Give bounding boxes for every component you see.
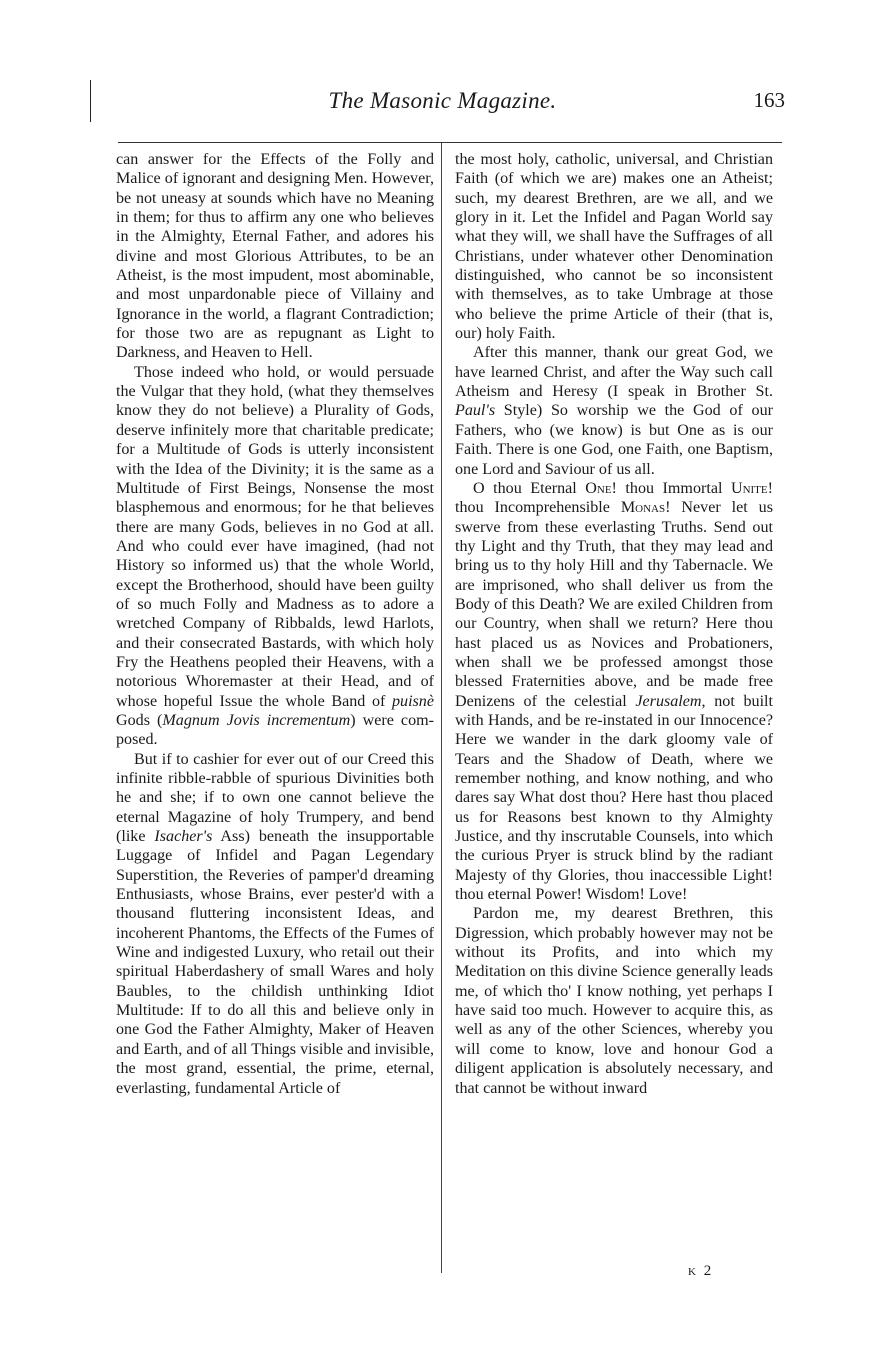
paragraph-text: ! Never let us swerve from these everlas…: [455, 499, 773, 709]
italic-name: Paul's: [455, 402, 495, 419]
paragraph-text: O thou Eternal: [473, 480, 585, 497]
paragraph-text: Ass) beneath the insupportable Luggage o…: [116, 828, 434, 1096]
paragraph-text: Pardon me, my dearest Brethren, this Dig…: [455, 905, 773, 1096]
paragraph-text: , not built with Hands, and be re-instat…: [455, 693, 773, 903]
paragraph-text: Those indeed who hold, or would per­suad…: [116, 364, 434, 710]
paragraph-text: Gods (: [116, 712, 162, 729]
signature-number: 2: [704, 1263, 714, 1279]
italic-term: puisnè: [392, 693, 434, 710]
page-header: The Masonic Magazine. 163: [100, 88, 785, 118]
left-column: can answer for the Effects of the Folly …: [116, 150, 434, 1098]
italic-name: Isacher's: [154, 828, 212, 845]
signature-mark: K 2: [688, 1263, 713, 1280]
paragraph: But if to cashier for ever out of our Cr…: [116, 750, 434, 1098]
paragraph: the most holy, catholic, universal, and …: [455, 150, 773, 343]
paragraph-text: the most holy, catholic, universal, and …: [455, 151, 773, 342]
paragraph: Pardon me, my dearest Brethren, this Dig…: [455, 904, 773, 1097]
small-caps-term: Monas: [621, 499, 665, 516]
latin-phrase: Magnum Jovis incrementum: [162, 712, 350, 729]
running-title: The Masonic Magazine.: [100, 88, 785, 114]
paragraph: After this manner, thank our great God, …: [455, 343, 773, 478]
column-divider: [441, 143, 442, 1273]
margin-rule: [90, 80, 91, 122]
page-number: 163: [754, 88, 786, 113]
italic-place: Jerusalem: [635, 693, 701, 710]
small-caps-term: One: [585, 480, 611, 497]
paragraph-text: Style) So worship we the God of our Fath…: [455, 402, 773, 477]
paragraph-text: can answer for the Effects of the Folly …: [116, 151, 434, 361]
paragraph-text: After this manner, thank our great God, …: [455, 344, 773, 400]
header-rule: [118, 142, 782, 143]
paragraph: Those indeed who hold, or would per­suad…: [116, 363, 434, 750]
small-caps-term: Unite: [731, 480, 768, 497]
paragraph-text: ! thou Immortal: [612, 480, 731, 497]
paragraph: O thou Eternal One! thou Immortal Unite!…: [455, 479, 773, 905]
paragraph: can answer for the Effects of the Folly …: [116, 150, 434, 363]
signature-letter: K: [688, 1266, 698, 1278]
right-column: the most holy, catholic, universal, and …: [455, 150, 773, 1098]
